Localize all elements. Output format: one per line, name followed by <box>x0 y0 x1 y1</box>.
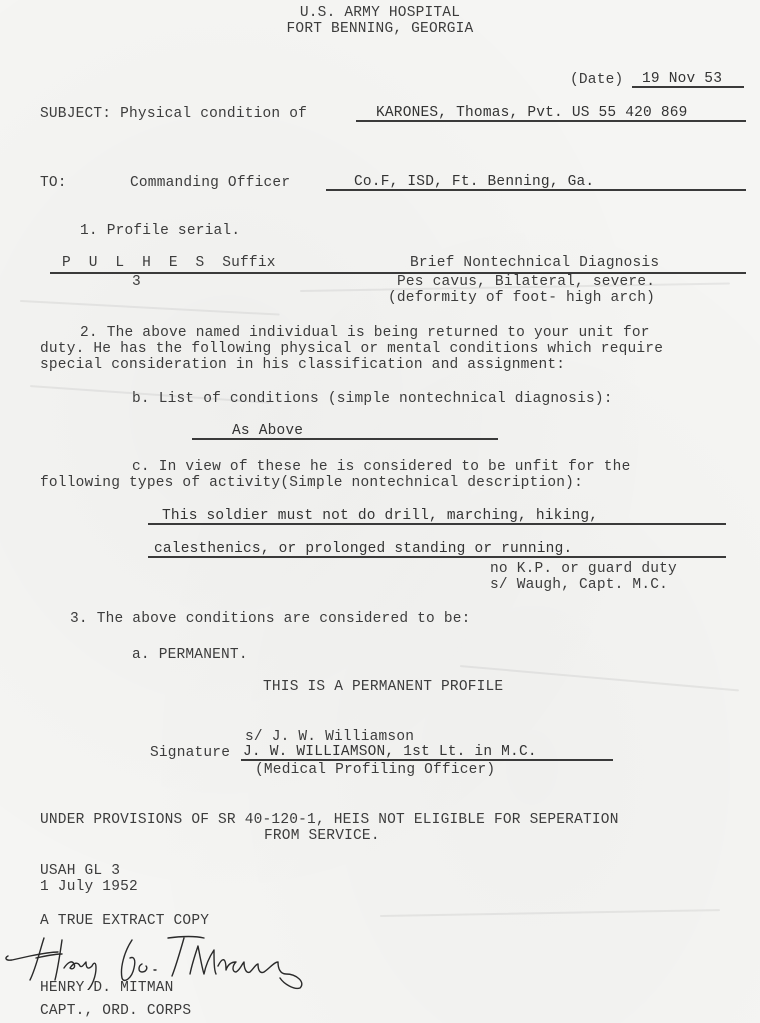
diagnosis-header: Brief Nontechnical Diagnosis <box>410 256 659 271</box>
hospital-name: U.S. ARMY HOSPITAL <box>0 6 760 21</box>
hospital-location: FORT BENNING, GEORGIA <box>0 22 760 37</box>
annotation-line: s/ Waugh, Capt. M.C. <box>490 578 668 593</box>
to-field: Co.F, ISD, Ft. Benning, Ga. <box>326 175 746 191</box>
section2-paragraph-line: special consideration in his classificat… <box>40 358 565 373</box>
form-date: 1 July 1952 <box>40 880 138 895</box>
to-label: TO: <box>40 176 67 191</box>
certification-label: A TRUE EXTRACT COPY <box>40 914 209 929</box>
date-field: 19 Nov 53 <box>632 72 744 88</box>
annotation-line: no K.P. or guard duty <box>490 562 677 577</box>
activity-restriction-field: calesthenics, or prolonged standing or r… <box>148 542 726 558</box>
conditions-field: As Above <box>192 424 498 440</box>
permanent-profile-banner: THIS IS A PERMANENT PROFILE <box>263 680 503 695</box>
diagnosis-line: (deformity of foot- high arch) <box>388 291 655 306</box>
section2b-label: b. List of conditions (simple nontechnic… <box>132 392 613 407</box>
provisions-line: FROM SERVICE. <box>264 829 380 844</box>
form-number: USAH GL 3 <box>40 864 120 879</box>
document-page: U.S. ARMY HOSPITAL FORT BENNING, GEORGIA… <box>0 0 760 1023</box>
signature-field: J. W. WILLIAMSON, 1st Lt. in M.C. <box>241 745 613 761</box>
to-recipient-label: Commanding Officer <box>130 176 290 191</box>
signature-label: Signature <box>150 746 230 761</box>
activity-restriction-field: This soldier must not do drill, marching… <box>148 509 726 525</box>
date-label: (Date) <box>570 73 623 88</box>
permanence-value: a. PERMANENT. <box>132 648 248 663</box>
subject-label: SUBJECT: Physical condition of <box>40 107 307 122</box>
section3-title: 3. The above conditions are considered t… <box>70 612 471 627</box>
section2c-line: c. In view of these he is considered to … <box>132 460 630 475</box>
profile-header: P U L H E S Suffix <box>62 256 276 271</box>
section2-paragraph-line: 2. The above named individual is being r… <box>80 326 650 341</box>
signature-title: (Medical Profiling Officer) <box>255 763 495 778</box>
profile-value-L: 3 <box>132 275 141 290</box>
certifier-name: HENRY D. MITMAN <box>40 981 174 996</box>
section2-paragraph-line: duty. He has the following physical or m… <box>40 342 663 357</box>
section2c-line: following types of activity(Simple nonte… <box>40 476 583 491</box>
subject-field: KARONES, Thomas, Pvt. US 55 420 869 <box>356 106 746 122</box>
diagnosis-line: Pes cavus, Bilateral, severe. <box>397 275 655 290</box>
paper-crease <box>380 909 720 917</box>
section1-title: 1. Profile serial. <box>80 224 240 239</box>
paper-crease <box>20 300 280 316</box>
certifier-rank: CAPT., ORD. CORPS <box>40 1004 191 1019</box>
signed-name: s/ J. W. Williamson <box>245 730 414 745</box>
provisions-line: UNDER PROVISIONS OF SR 40-120-1, HEIS NO… <box>40 813 619 828</box>
